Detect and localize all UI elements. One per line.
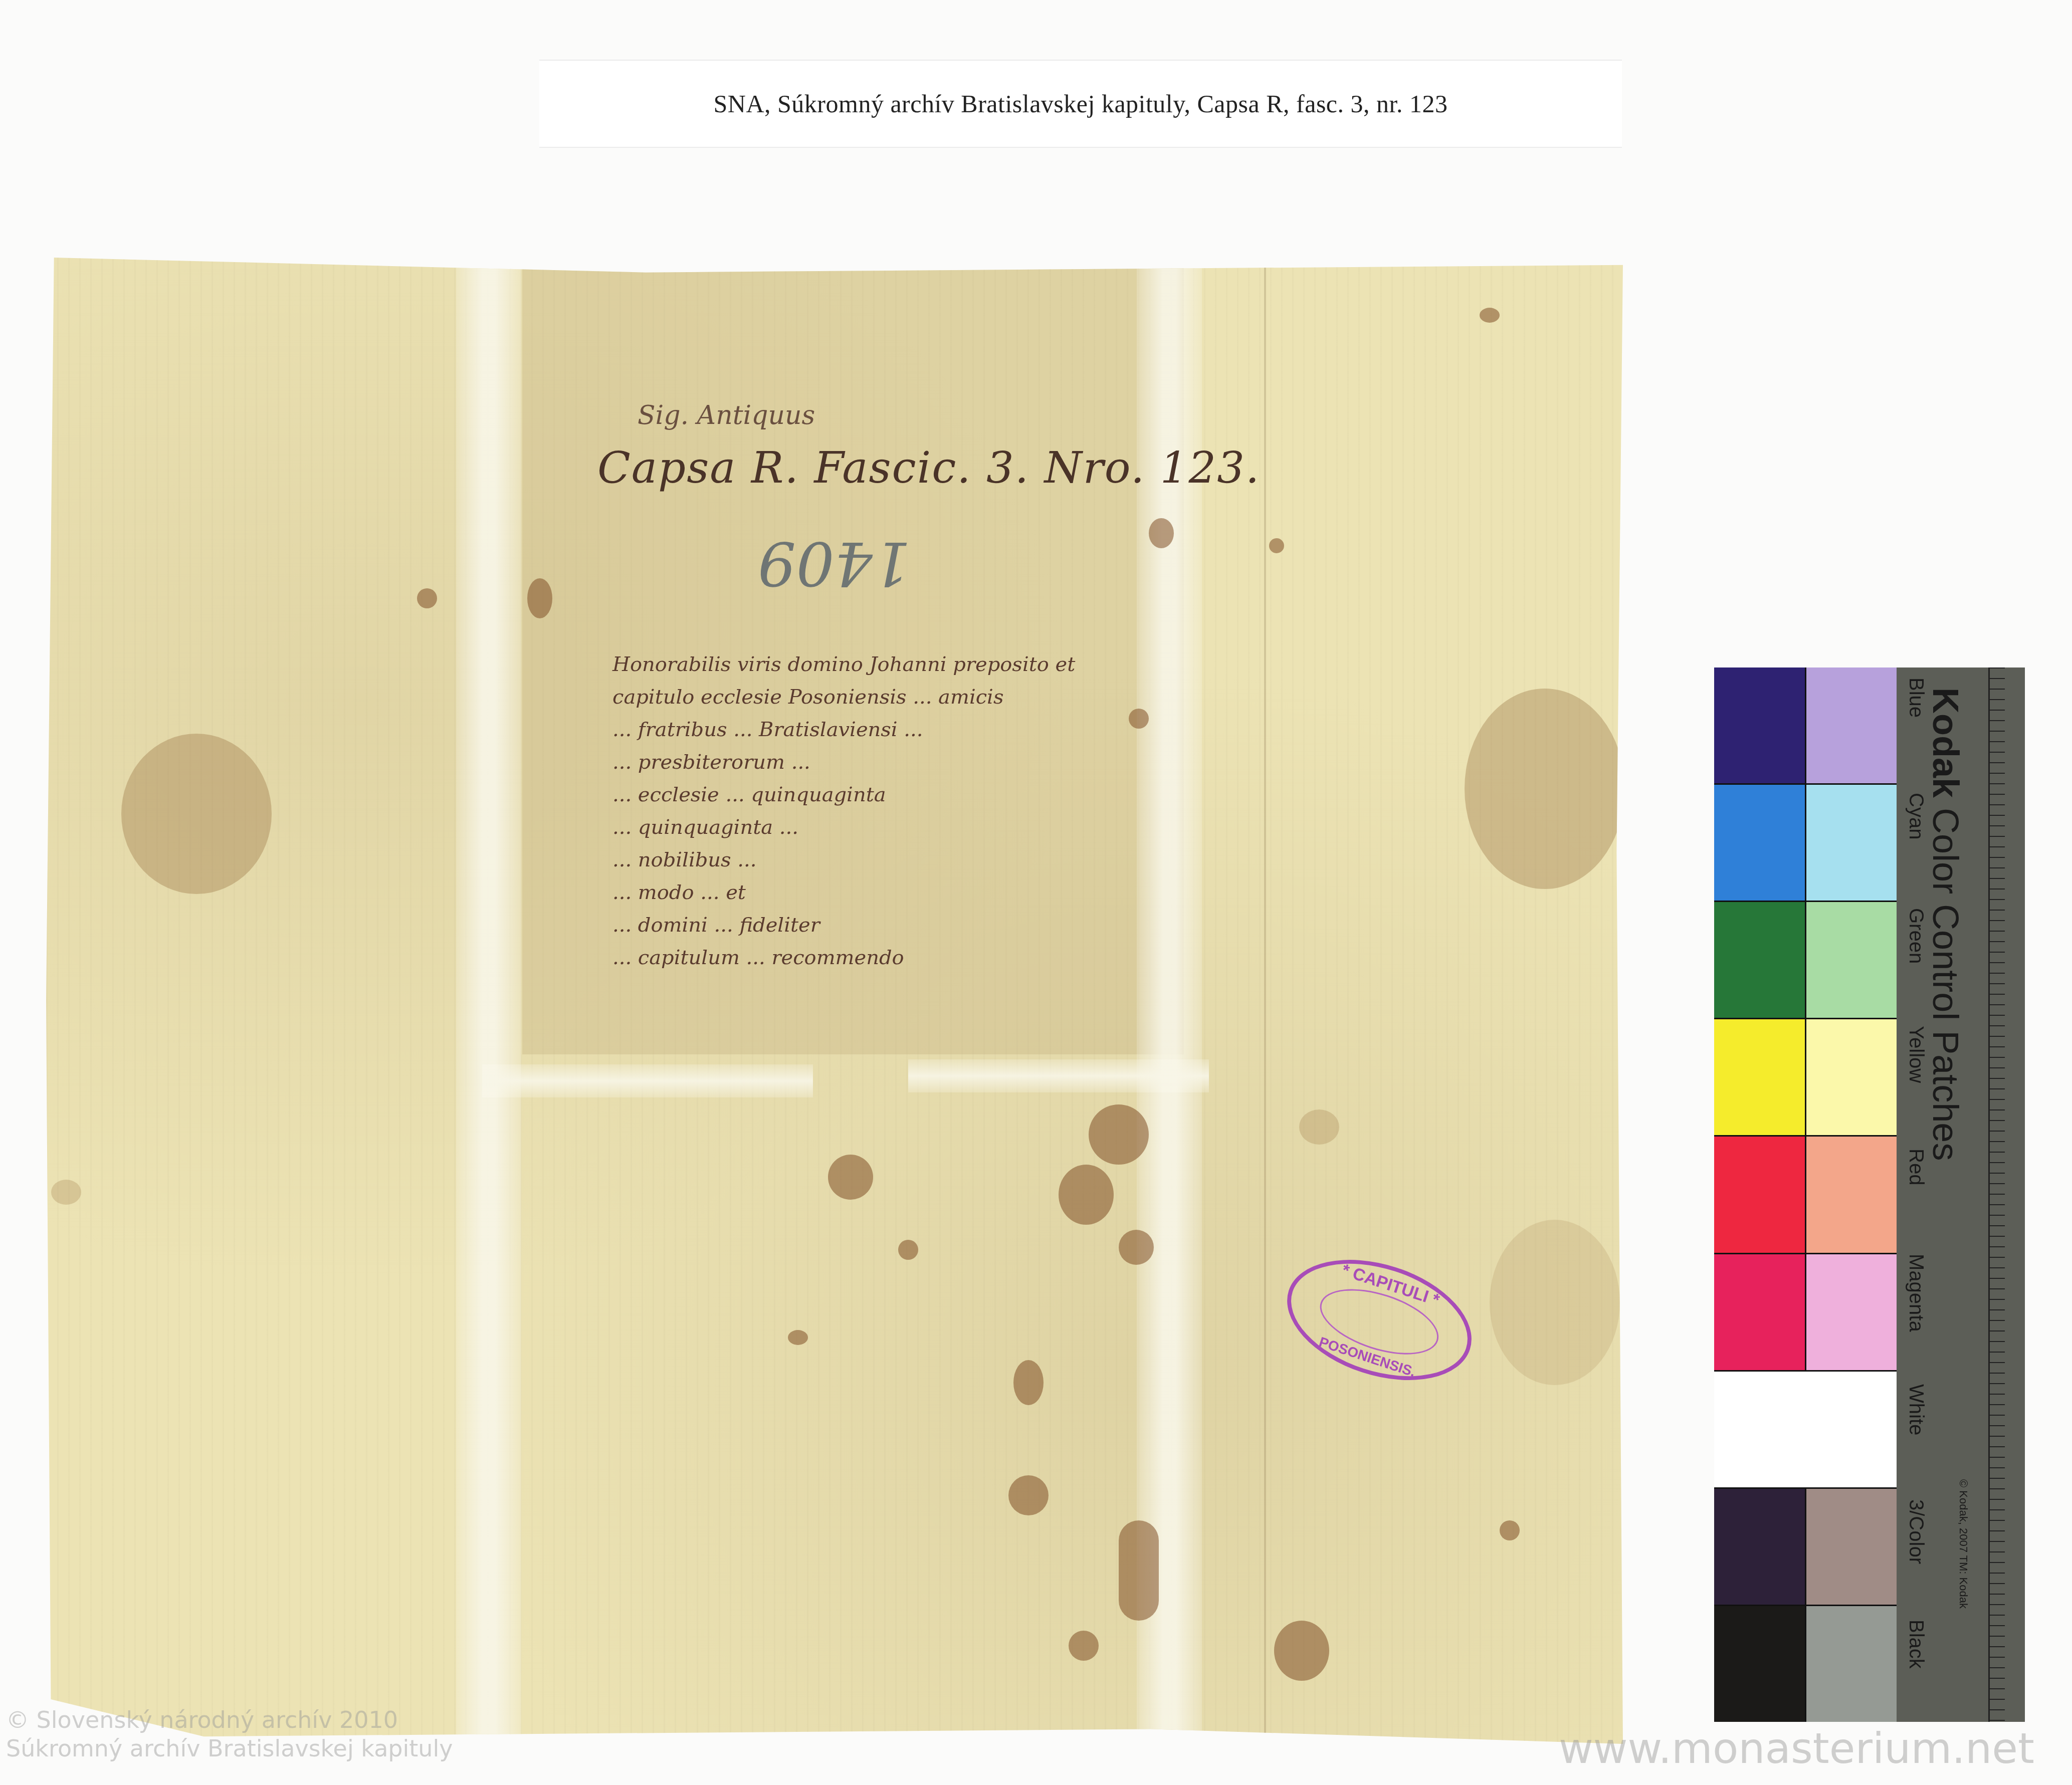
ink-stain <box>417 588 437 608</box>
card-title: Color Control Patches <box>1925 808 1965 1161</box>
measurement-ruler <box>1988 667 2025 1722</box>
chapter-stamp: * CAPITULI * POSONIENSIS. <box>1272 1238 1487 1402</box>
text-line: ... modo ... et <box>612 876 1174 909</box>
ink-stain <box>1269 538 1284 553</box>
patch-black-dark <box>1714 1606 1805 1722</box>
label-yellow: Yellow <box>1905 1026 1927 1083</box>
patch-red-light <box>1806 1137 1897 1252</box>
label-black: Black <box>1905 1620 1927 1669</box>
water-stain <box>51 1180 81 1205</box>
seal-trace-left <box>121 734 272 894</box>
text-line: ... domini ... fideliter <box>612 909 1174 942</box>
text-line: ... capitulum ... recommendo <box>612 942 1174 974</box>
text-line: Honorabilis viris domino Johanni preposi… <box>612 648 1174 681</box>
shelfmark: Capsa R. Fascic. 3. Nro. 123. <box>597 443 1260 493</box>
seal-trace-lower <box>1490 1220 1620 1385</box>
ink-stain <box>1013 1360 1044 1405</box>
ink-stain <box>788 1330 808 1345</box>
patch-magenta-dark <box>1714 1254 1805 1370</box>
ink-stain <box>1069 1631 1099 1661</box>
ink-stain <box>1059 1165 1114 1225</box>
ink-stain <box>1274 1621 1329 1681</box>
water-stain <box>1299 1109 1339 1145</box>
ink-stain <box>1119 1230 1154 1265</box>
citation-label: SNA, Súkromný archív Bratislavskej kapit… <box>539 60 1622 148</box>
patch-black-light <box>1806 1606 1897 1722</box>
patch-cyan-light <box>1806 785 1897 901</box>
ink-stain <box>1089 1104 1149 1165</box>
copyright-watermark: © Slovenský národný archív 2010 <box>6 1706 398 1733</box>
text-line: ... presbiterorum ... <box>612 746 1174 779</box>
ink-stain <box>1480 308 1500 323</box>
fold-crease <box>1264 258 1266 1744</box>
patch-green-dark <box>1714 902 1805 1018</box>
text-line: ... ecclesie ... quinquaginta <box>612 779 1174 811</box>
patch-red-dark <box>1714 1137 1805 1252</box>
kodak-copyright: © Kodak, 2007 TM: Kodak <box>1957 1479 1970 1609</box>
color-patches <box>1714 667 1897 1722</box>
patch-blue-light <box>1806 667 1897 783</box>
kodak-brand: Kodak Color Control Patches <box>1925 688 1966 1161</box>
pencil-number: 1409 <box>758 528 911 598</box>
patch-white <box>1714 1372 1897 1487</box>
horizontal-fold-right <box>908 1059 1209 1092</box>
ink-stain <box>1149 518 1174 548</box>
kodak-logo: Kodak <box>1925 688 1965 798</box>
patch-magenta-light <box>1806 1254 1897 1370</box>
shelfmark-old: Sig. Antiquus <box>638 400 815 430</box>
patch-blue-dark <box>1714 667 1805 783</box>
seal-trace-right <box>1465 689 1625 889</box>
text-line: ... nobilibus ... <box>612 844 1174 876</box>
label-white: White <box>1905 1384 1927 1435</box>
text-line: ... quinquaginta ... <box>612 811 1174 844</box>
ink-stain <box>527 578 552 618</box>
ink-stain <box>1008 1475 1049 1515</box>
ink-stain <box>1129 709 1149 729</box>
ink-stain <box>1119 1520 1159 1621</box>
horizontal-fold-left <box>482 1064 813 1097</box>
ink-stain <box>1500 1520 1520 1540</box>
label-3color: 3/Color <box>1905 1499 1927 1564</box>
text-line: capitulo ecclesie Posoniensis ... amicis <box>612 681 1174 714</box>
patch-3color-dark <box>1714 1489 1805 1605</box>
address-text: Honorabilis viris domino Johanni preposi… <box>612 648 1174 974</box>
card-label-strip: Kodak Color Control Patches Blue Cyan Gr… <box>1897 667 2025 1722</box>
label-red: Red <box>1905 1149 1927 1185</box>
text-line: ... fratribus ... Bratislaviensi ... <box>612 714 1174 746</box>
patch-yellow-dark <box>1714 1019 1805 1135</box>
charter-paper: Sig. Antiquus Capsa R. Fascic. 3. Nro. 1… <box>46 258 1623 1744</box>
vertical-fold-left <box>456 258 521 1744</box>
label-magenta: Magenta <box>1905 1254 1927 1332</box>
patch-green-light <box>1806 902 1897 1018</box>
ink-stain <box>828 1155 873 1200</box>
label-cyan: Cyan <box>1905 793 1927 839</box>
patch-yellow-light <box>1806 1019 1897 1135</box>
patch-3color-light <box>1806 1489 1897 1605</box>
site-watermark: www.monasterium.net <box>1559 1724 2034 1773</box>
kodak-color-card: Kodak Color Control Patches Blue Cyan Gr… <box>1714 667 2025 1722</box>
citation-text: SNA, Súkromný archív Bratislavskej kapit… <box>714 89 1448 118</box>
ink-stain <box>898 1240 918 1260</box>
label-green: Green <box>1905 908 1927 964</box>
patch-cyan-dark <box>1714 785 1805 901</box>
label-blue: Blue <box>1905 678 1927 718</box>
archive-watermark: Súkromný archív Bratislavskej kapituly <box>6 1735 453 1762</box>
